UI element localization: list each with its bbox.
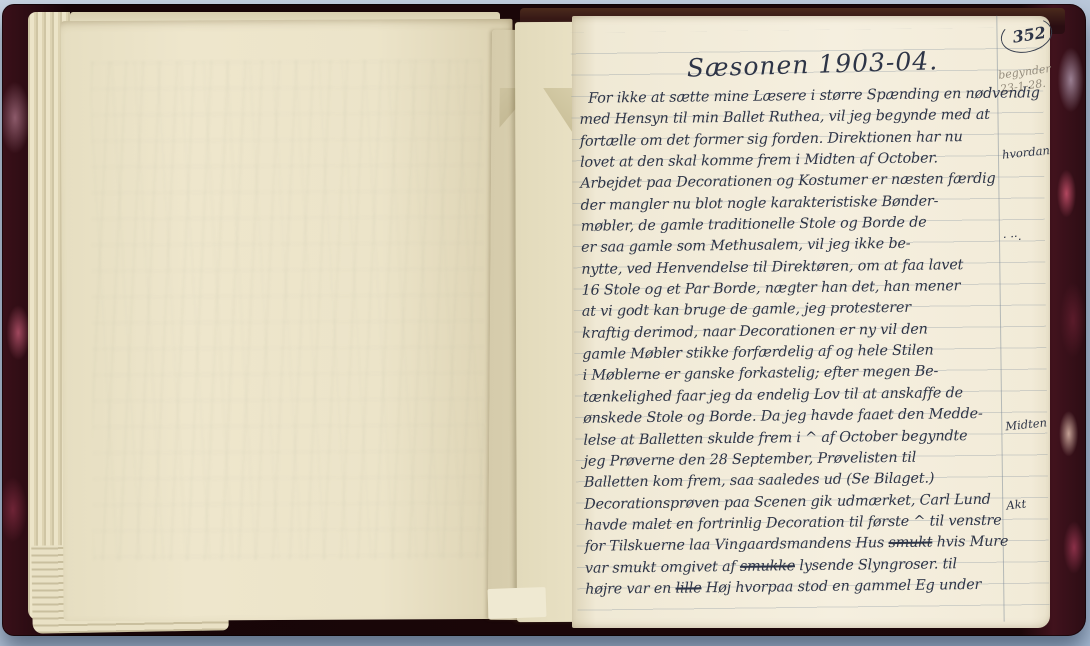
ink-bleedthrough bbox=[91, 59, 486, 561]
margin-note: Akt bbox=[1006, 497, 1027, 513]
left-page-blank bbox=[60, 19, 515, 621]
paper-slip-bottom bbox=[487, 587, 546, 619]
page-number: 352 bbox=[1004, 21, 1054, 54]
manuscript-lines: For ikke at sætte mine Læsere i større S… bbox=[579, 84, 1009, 601]
photo-open-notebook: 352 begynder 23-1-28. Sæsonen 1903-04. F… bbox=[0, 0, 1090, 646]
page-content: 352 begynder 23-1-28. Sæsonen 1903-04. F… bbox=[568, 13, 1053, 631]
margin-note: · ··. bbox=[1002, 229, 1022, 245]
right-page-manuscript: 352 begynder 23-1-28. Sæsonen 1903-04. F… bbox=[572, 16, 1050, 628]
